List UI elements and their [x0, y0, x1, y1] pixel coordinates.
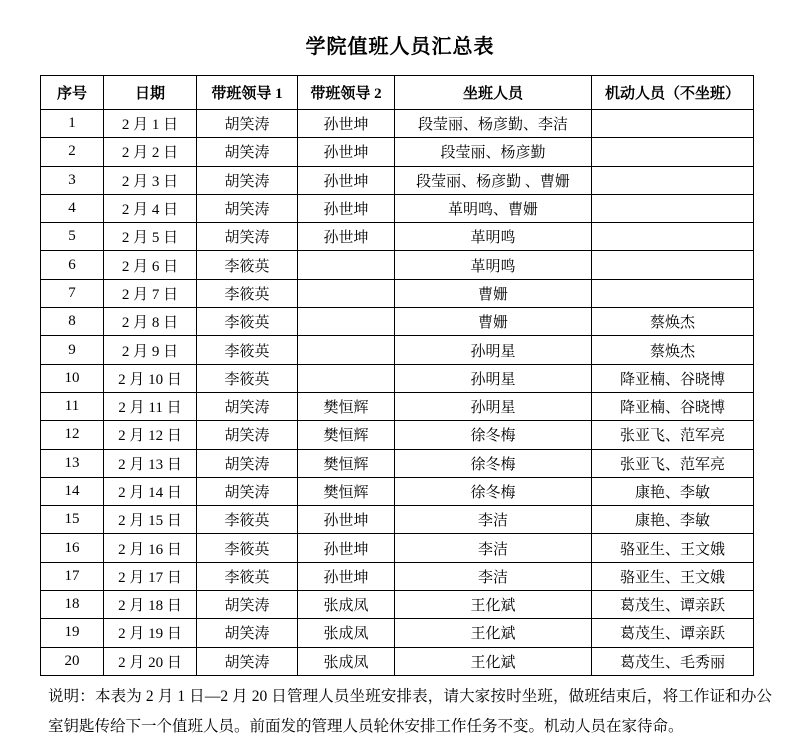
- leader2-cell: 孙世坤: [298, 110, 395, 138]
- date-cell: 2 月 8 日: [104, 308, 197, 336]
- table-row: 82 月 8 日李筱英曹姗蔡焕杰: [41, 308, 754, 336]
- table-row: 162 月 16 日李筱英孙世坤李洁骆亚生、王文娥: [41, 534, 754, 562]
- duty-staff-cell: 段莹丽、杨彦勤、李洁: [395, 110, 592, 138]
- leader1-cell: 胡笑涛: [197, 110, 298, 138]
- mobile-staff-cell: [592, 138, 754, 166]
- date-cell: 2 月 2 日: [104, 138, 197, 166]
- index-cell: 2: [41, 138, 104, 166]
- date-cell: 2 月 20 日: [104, 647, 197, 675]
- column-header-leader2: 带班领导 2: [298, 76, 395, 110]
- date-cell: 2 月 13 日: [104, 449, 197, 477]
- duty-staff-cell: 李洁: [395, 506, 592, 534]
- column-header-mobile-staff: 机动人员（不坐班）: [592, 76, 754, 110]
- leader1-cell: 胡笑涛: [197, 647, 298, 675]
- table-row: 112 月 11 日胡笑涛樊恒辉孙明星降亚楠、谷晓博: [41, 392, 754, 420]
- leader2-cell: [298, 279, 395, 307]
- leader1-cell: 胡笑涛: [197, 392, 298, 420]
- leader1-cell: 李筱英: [197, 279, 298, 307]
- index-cell: 9: [41, 336, 104, 364]
- date-cell: 2 月 11 日: [104, 392, 197, 420]
- mobile-staff-cell: 降亚楠、谷晓博: [592, 364, 754, 392]
- duty-staff-cell: 孙明星: [395, 336, 592, 364]
- leader2-cell: 孙世坤: [298, 562, 395, 590]
- index-cell: 19: [41, 619, 104, 647]
- duty-staff-cell: 革明鸣、曹姗: [395, 194, 592, 222]
- leader1-cell: 李筱英: [197, 506, 298, 534]
- column-header-date: 日期: [104, 76, 197, 110]
- mobile-staff-cell: 康艳、李敏: [592, 477, 754, 505]
- table-row: 182 月 18 日胡笑涛张成凤王化斌葛茂生、谭亲跃: [41, 591, 754, 619]
- index-cell: 20: [41, 647, 104, 675]
- date-cell: 2 月 14 日: [104, 477, 197, 505]
- table-row: 132 月 13 日胡笑涛樊恒辉徐冬梅张亚飞、范军亮: [41, 449, 754, 477]
- date-cell: 2 月 9 日: [104, 336, 197, 364]
- table-row: 12 月 1 日胡笑涛孙世坤段莹丽、杨彦勤、李洁: [41, 110, 754, 138]
- date-cell: 2 月 18 日: [104, 591, 197, 619]
- header-row: 序号 日期 带班领导 1 带班领导 2 坐班人员 机动人员（不坐班）: [41, 76, 754, 110]
- duty-staff-cell: 段莹丽、杨彦勤 、曹姗: [395, 166, 592, 194]
- leader1-cell: 胡笑涛: [197, 449, 298, 477]
- column-header-duty-staff: 坐班人员: [395, 76, 592, 110]
- leader2-cell: 张成凤: [298, 647, 395, 675]
- leader2-cell: 孙世坤: [298, 506, 395, 534]
- index-cell: 15: [41, 506, 104, 534]
- duty-staff-cell: 革明鸣: [395, 223, 592, 251]
- leader1-cell: 胡笑涛: [197, 138, 298, 166]
- duty-staff-cell: 曹姗: [395, 308, 592, 336]
- mobile-staff-cell: [592, 166, 754, 194]
- mobile-staff-cell: 葛茂生、谭亲跃: [592, 619, 754, 647]
- mobile-staff-cell: 张亚飞、范军亮: [592, 449, 754, 477]
- leader2-cell: 樊恒辉: [298, 392, 395, 420]
- index-cell: 7: [41, 279, 104, 307]
- leader1-cell: 李筱英: [197, 336, 298, 364]
- leader1-cell: 胡笑涛: [197, 421, 298, 449]
- leader2-cell: 樊恒辉: [298, 477, 395, 505]
- leader1-cell: 李筱英: [197, 251, 298, 279]
- date-cell: 2 月 12 日: [104, 421, 197, 449]
- leader1-cell: 胡笑涛: [197, 591, 298, 619]
- mobile-staff-cell: 蔡焕杰: [592, 336, 754, 364]
- date-cell: 2 月 17 日: [104, 562, 197, 590]
- leader2-cell: 张成凤: [298, 591, 395, 619]
- index-cell: 5: [41, 223, 104, 251]
- duty-table-body: 12 月 1 日胡笑涛孙世坤段莹丽、杨彦勤、李洁22 月 2 日胡笑涛孙世坤段莹…: [41, 110, 754, 676]
- table-row: 192 月 19 日胡笑涛张成凤王化斌葛茂生、谭亲跃: [41, 619, 754, 647]
- leader2-cell: [298, 364, 395, 392]
- mobile-staff-cell: 降亚楠、谷晓博: [592, 392, 754, 420]
- date-cell: 2 月 6 日: [104, 251, 197, 279]
- date-cell: 2 月 4 日: [104, 194, 197, 222]
- date-cell: 2 月 7 日: [104, 279, 197, 307]
- leader2-cell: 孙世坤: [298, 534, 395, 562]
- mobile-staff-cell: 蔡焕杰: [592, 308, 754, 336]
- index-cell: 14: [41, 477, 104, 505]
- leader1-cell: 李筱英: [197, 534, 298, 562]
- table-row: 102 月 10 日李筱英孙明星降亚楠、谷晓博: [41, 364, 754, 392]
- index-cell: 17: [41, 562, 104, 590]
- index-cell: 11: [41, 392, 104, 420]
- table-row: 142 月 14 日胡笑涛樊恒辉徐冬梅康艳、李敏: [41, 477, 754, 505]
- mobile-staff-cell: [592, 110, 754, 138]
- date-cell: 2 月 19 日: [104, 619, 197, 647]
- duty-staff-cell: 革明鸣: [395, 251, 592, 279]
- leader2-cell: 孙世坤: [298, 138, 395, 166]
- leader2-cell: 张成凤: [298, 619, 395, 647]
- column-header-index: 序号: [41, 76, 104, 110]
- leader2-cell: [298, 251, 395, 279]
- duty-staff-cell: 李洁: [395, 534, 592, 562]
- date-cell: 2 月 16 日: [104, 534, 197, 562]
- leader1-cell: 胡笑涛: [197, 619, 298, 647]
- duty-staff-cell: 王化斌: [395, 619, 592, 647]
- date-cell: 2 月 10 日: [104, 364, 197, 392]
- duty-staff-cell: 孙明星: [395, 392, 592, 420]
- date-cell: 2 月 15 日: [104, 506, 197, 534]
- index-cell: 12: [41, 421, 104, 449]
- table-row: 172 月 17 日李筱英孙世坤李洁骆亚生、王文娥: [41, 562, 754, 590]
- mobile-staff-cell: 骆亚生、王文娥: [592, 562, 754, 590]
- leader1-cell: 胡笑涛: [197, 223, 298, 251]
- duty-staff-cell: 段莹丽、杨彦勤: [395, 138, 592, 166]
- table-row: 52 月 5 日胡笑涛孙世坤革明鸣: [41, 223, 754, 251]
- mobile-staff-cell: 葛茂生、毛秀丽: [592, 647, 754, 675]
- index-cell: 4: [41, 194, 104, 222]
- index-cell: 1: [41, 110, 104, 138]
- table-row: 72 月 7 日李筱英曹姗: [41, 279, 754, 307]
- leader2-cell: 樊恒辉: [298, 449, 395, 477]
- duty-staff-cell: 徐冬梅: [395, 477, 592, 505]
- duty-staff-cell: 曹姗: [395, 279, 592, 307]
- duty-table-header: 序号 日期 带班领导 1 带班领导 2 坐班人员 机动人员（不坐班）: [41, 76, 754, 110]
- leader2-cell: 孙世坤: [298, 223, 395, 251]
- duty-staff-cell: 徐冬梅: [395, 421, 592, 449]
- leader1-cell: 李筱英: [197, 308, 298, 336]
- leader1-cell: 胡笑涛: [197, 194, 298, 222]
- leader1-cell: 胡笑涛: [197, 166, 298, 194]
- index-cell: 10: [41, 364, 104, 392]
- table-row: 62 月 6 日李筱英革明鸣: [41, 251, 754, 279]
- column-header-leader1: 带班领导 1: [197, 76, 298, 110]
- leader1-cell: 李筱英: [197, 364, 298, 392]
- leader2-cell: 孙世坤: [298, 194, 395, 222]
- leader2-cell: 樊恒辉: [298, 421, 395, 449]
- mobile-staff-cell: 康艳、李敏: [592, 506, 754, 534]
- mobile-staff-cell: 张亚飞、范军亮: [592, 421, 754, 449]
- index-cell: 18: [41, 591, 104, 619]
- leader1-cell: 李筱英: [197, 562, 298, 590]
- table-row: 152 月 15 日李筱英孙世坤李洁康艳、李敏: [41, 506, 754, 534]
- duty-staff-cell: 徐冬梅: [395, 449, 592, 477]
- duty-table: 序号 日期 带班领导 1 带班领导 2 坐班人员 机动人员（不坐班） 12 月 …: [40, 75, 754, 676]
- leader2-cell: [298, 336, 395, 364]
- duty-staff-cell: 孙明星: [395, 364, 592, 392]
- index-cell: 13: [41, 449, 104, 477]
- table-row: 22 月 2 日胡笑涛孙世坤段莹丽、杨彦勤: [41, 138, 754, 166]
- mobile-staff-cell: [592, 223, 754, 251]
- mobile-staff-cell: 葛茂生、谭亲跃: [592, 591, 754, 619]
- index-cell: 8: [41, 308, 104, 336]
- mobile-staff-cell: 骆亚生、王文娥: [592, 534, 754, 562]
- table-row: 202 月 20 日胡笑涛张成凤王化斌葛茂生、毛秀丽: [41, 647, 754, 675]
- leader1-cell: 胡笑涛: [197, 477, 298, 505]
- mobile-staff-cell: [592, 194, 754, 222]
- table-row: 32 月 3 日胡笑涛孙世坤段莹丽、杨彦勤 、曹姗: [41, 166, 754, 194]
- mobile-staff-cell: [592, 279, 754, 307]
- index-cell: 16: [41, 534, 104, 562]
- page-title: 学院值班人员汇总表: [0, 30, 800, 59]
- leader2-cell: [298, 308, 395, 336]
- date-cell: 2 月 3 日: [104, 166, 197, 194]
- duty-staff-cell: 王化斌: [395, 591, 592, 619]
- note-text: 说明：本表为 2 月 1 日—2 月 20 日管理人员坐班安排表，请大家按时坐班…: [48, 682, 772, 742]
- date-cell: 2 月 1 日: [104, 110, 197, 138]
- table-row: 122 月 12 日胡笑涛樊恒辉徐冬梅张亚飞、范军亮: [41, 421, 754, 449]
- date-cell: 2 月 5 日: [104, 223, 197, 251]
- index-cell: 6: [41, 251, 104, 279]
- mobile-staff-cell: [592, 251, 754, 279]
- duty-staff-cell: 李洁: [395, 562, 592, 590]
- duty-staff-cell: 王化斌: [395, 647, 592, 675]
- table-row: 42 月 4 日胡笑涛孙世坤革明鸣、曹姗: [41, 194, 754, 222]
- index-cell: 3: [41, 166, 104, 194]
- table-row: 92 月 9 日李筱英孙明星蔡焕杰: [41, 336, 754, 364]
- leader2-cell: 孙世坤: [298, 166, 395, 194]
